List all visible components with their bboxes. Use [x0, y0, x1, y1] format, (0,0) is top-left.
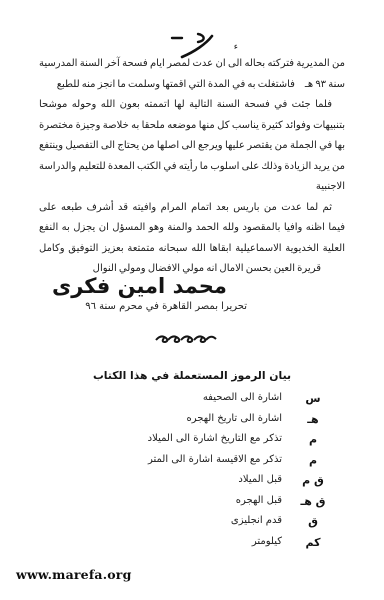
- symbol-description: اشارة الى الصحيفه: [203, 392, 292, 403]
- preface-line: فلما جئت في فسحة السنة التالية لها اتممت…: [39, 95, 345, 116]
- preface-line: بها في الجملة من يقتصر عليها ويرجع الى ا…: [39, 136, 345, 157]
- symbol-description: قدم انجليزى: [231, 515, 292, 526]
- symbol-cell: ق: [292, 515, 334, 528]
- symbol-description: قبل الهجره: [236, 495, 292, 506]
- symbol-description: تذكر مع الاقيسة اشارة الى المتر: [148, 454, 292, 465]
- symbol-description: كيلومتر: [252, 536, 292, 547]
- symbol-cell: كم: [292, 536, 334, 549]
- preface-line: من يريد الزيادة وذلك على اسلوب ما رأيته …: [39, 157, 345, 178]
- ornament-divider-icon: [154, 331, 218, 347]
- preface-line: العلية الخديوية الاسماعيلية ابقاها الله …: [39, 239, 345, 260]
- table-row: م تذكر مع الاقيسة اشارة الى المتر: [60, 454, 334, 475]
- preface-text: من المديرية فتركته بحاله الى ان عدت لمصر…: [39, 54, 345, 280]
- author-signature: محمد امين فكرى: [52, 274, 227, 298]
- stray-ink-mark: ء: [234, 42, 238, 52]
- table-row: م تذكر مع التاريخ اشارة الى الميلاد: [60, 433, 334, 454]
- preface-line: ثم لما عدت من باريس بعد اتمام المرام واف…: [39, 198, 345, 219]
- table-row: كم كيلومتر: [60, 536, 334, 557]
- symbol-description: تذكر مع التاريخ اشارة الى الميلاد: [148, 433, 292, 444]
- symbol-cell: س: [292, 392, 334, 405]
- table-row: س اشارة الى الصحيفه: [60, 392, 334, 413]
- symbol-cell: هـ: [292, 413, 334, 426]
- dateline: تحريرا بمصر القاهرة في محرم سنة ٩٦: [85, 301, 247, 312]
- symbol-description: اشارة الى تاريخ الهجره: [186, 413, 292, 424]
- symbols-section-heading: بيان الرموز المستعملة في هذا الكتاب: [0, 369, 384, 382]
- symbol-description: قبل الميلاد: [238, 474, 292, 485]
- symbol-cell: ق هـ: [292, 495, 334, 508]
- preface-line: سنة ٩٣ هـ فاشتغلت به في المدة التي اقمته…: [39, 75, 345, 96]
- symbol-cell: م: [292, 433, 334, 446]
- preface-line: من المديرية فتركته بحاله الى ان عدت لمصر…: [39, 54, 345, 75]
- scanned-book-page: ء من المديرية فتركته بحاله الى ان عدت لم…: [0, 0, 384, 600]
- preface-line: بتنبيهات وفوائد كثيرة يناسب كل منها موضع…: [39, 116, 345, 137]
- preface-line: فيما اظنه وافيا بالمقصود ولله الحمد والم…: [39, 218, 345, 239]
- table-row: هـ اشارة الى تاريخ الهجره: [60, 413, 334, 434]
- table-row: ق هـ قبل الهجره: [60, 495, 334, 516]
- symbol-cell: ق م: [292, 474, 334, 487]
- watermark: www.marefa.org: [16, 567, 132, 582]
- symbol-cell: م: [292, 454, 334, 467]
- table-row: ق م قبل الميلاد: [60, 474, 334, 495]
- symbols-table: س اشارة الى الصحيفه هـ اشارة الى تاريخ ا…: [60, 392, 334, 556]
- table-row: ق قدم انجليزى: [60, 515, 334, 536]
- preface-line: الاجنبية: [39, 177, 345, 198]
